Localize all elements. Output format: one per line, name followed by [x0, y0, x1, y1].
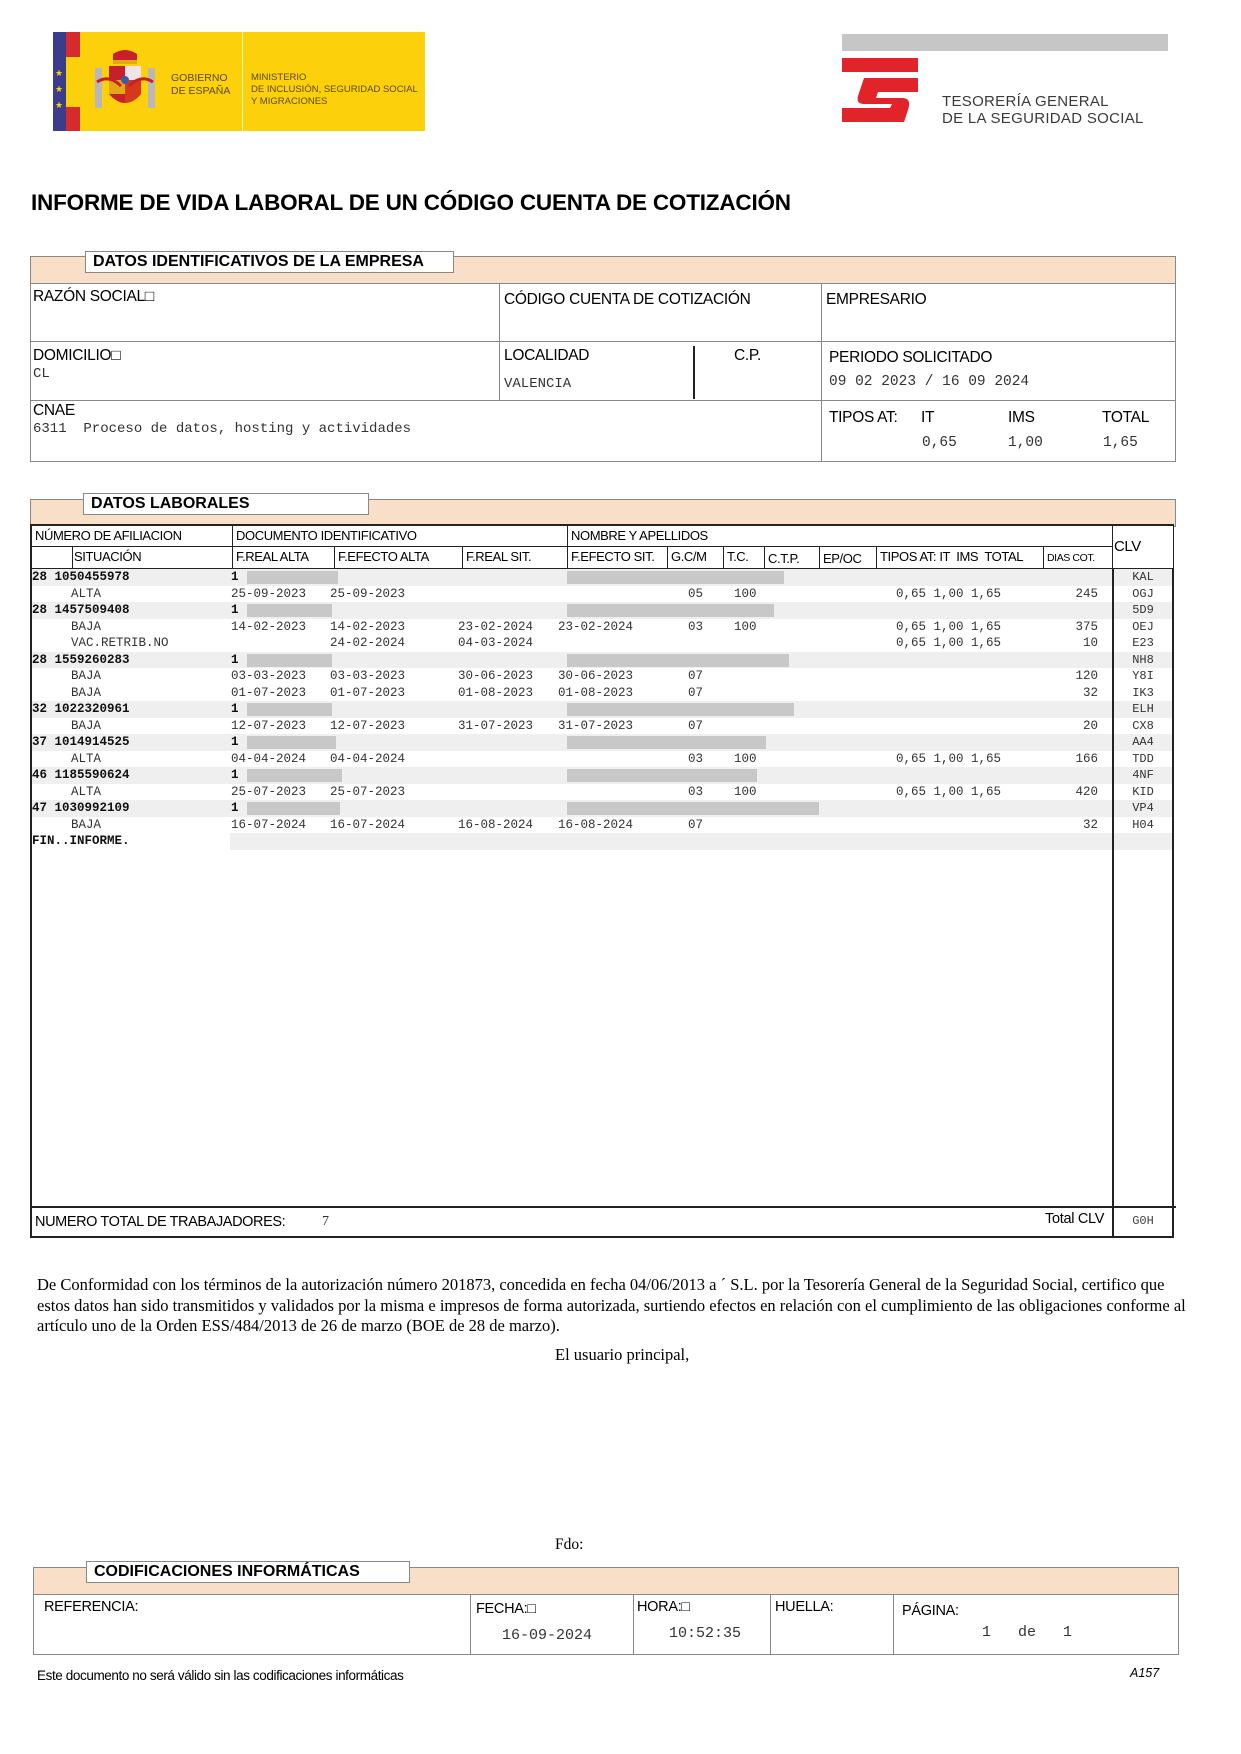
redacted-documento: [247, 654, 332, 667]
header-situacion: SITUACIÓN: [72, 546, 233, 569]
codificaciones-section-title: CODIFICACIONES INFORMÁTICAS: [86, 1561, 410, 1583]
dias-cot: 20: [1083, 718, 1098, 735]
gobierno-logo: ★ ★ ★ GOBIERNO DE ESPAÑA MINISTERIO DE I…: [53, 32, 425, 131]
cnae-value: 6311 Proceso de datos, hosting y activid…: [33, 421, 411, 437]
fecha-cell: FECHA:□ 16-09-2024: [470, 1594, 635, 1655]
tipos-at: 0,65 1,00 1,65: [896, 619, 1001, 636]
redacted-bar: [842, 34, 1168, 51]
header-f-real-alta: F.REAL ALTA: [232, 546, 335, 569]
f-efecto-alta: 03-03-2023: [330, 668, 405, 685]
header-ctp: C.T.P.: [764, 546, 820, 569]
star-icon: ★: [55, 68, 63, 79]
header-nombre: NOMBRE Y APELLIDOS: [567, 525, 1113, 547]
tipos-it-label: IT: [921, 409, 934, 427]
cnae-cell: CNAE 6311 Proceso de datos, hosting y ac…: [30, 400, 823, 462]
page-title: INFORME DE VIDA LABORAL DE UN CÓDIGO CUE…: [31, 190, 791, 216]
domicilio-value: CL: [33, 366, 50, 382]
redacted-documento: [247, 769, 342, 782]
header-dias-cot: DIAS COT.: [1043, 546, 1113, 569]
dias-cot: 32: [1083, 817, 1098, 834]
redacted-nombre: [567, 703, 794, 716]
total-trabajadores-label: NUMERO TOTAL DE TRABAJADORES:: [35, 1214, 285, 1230]
firma-label: Fdo:: [555, 1536, 583, 1554]
certification-text: De Conformidad con los términos de la au…: [37, 1275, 1187, 1337]
situacion: ALTA: [71, 586, 101, 603]
afiliacion-number: 46 1185590624: [32, 767, 130, 784]
clv-code: [1114, 833, 1172, 850]
table-row-afiliado: 47 10309921091: [32, 800, 1112, 817]
afiliacion-number: 28 1050455978: [32, 569, 130, 586]
gcm: 07: [688, 668, 703, 685]
f-efecto-sit: 31-07-2023: [558, 718, 633, 735]
empresario-label: EMPRESARIO: [826, 291, 926, 309]
documento-type: 1: [231, 800, 239, 817]
tipos-it-value: 0,65: [922, 435, 957, 451]
dias-cot: 420: [1075, 784, 1098, 801]
table-row: BAJA03-03-202303-03-202330-06-202330-06-…: [32, 668, 1112, 685]
redacted-nombre: [567, 604, 774, 617]
gcm: 03: [688, 751, 703, 768]
star-icon: ★: [55, 100, 63, 111]
footer-note: Este documento no será válido sin las co…: [37, 1668, 403, 1683]
tipos-at: 0,65 1,00 1,65: [896, 784, 1001, 801]
documento-type: 1: [231, 652, 239, 669]
header-f-efecto-sit: F.EFECTO SIT.: [567, 546, 668, 569]
table-row: BAJA14-02-202314-02-202323-02-202423-02-…: [32, 619, 1112, 636]
tc: 100: [734, 586, 757, 603]
f-real-sit: 16-08-2024: [458, 817, 533, 834]
header-documento: DOCUMENTO IDENTIFICATIVO: [232, 525, 568, 547]
redacted-documento: [247, 703, 332, 716]
fin-informe: FIN..INFORME.: [32, 833, 130, 850]
periodo-value: 09 02 2023 / 16 09 2024: [829, 374, 1029, 390]
situacion: BAJA: [71, 718, 101, 735]
tgss-logo-icon: [842, 58, 918, 122]
table-row: BAJA01-07-202301-07-202301-08-202301-08-…: [32, 685, 1112, 702]
f-real-alta: 25-07-2023: [231, 784, 306, 801]
star-icon: ★: [55, 84, 63, 95]
clv-code: CX8: [1114, 718, 1172, 735]
table-row: ALTA25-09-202325-09-2023051000,65 1,00 1…: [32, 586, 1112, 603]
f-efecto-alta: 25-09-2023: [330, 586, 405, 603]
header-tc: T.C.: [723, 546, 765, 569]
f-efecto-sit: 01-08-2023: [558, 685, 633, 702]
tipos-at: 0,65 1,00 1,65: [896, 635, 1001, 652]
table-row-afiliado: 28 14575094081: [32, 602, 1112, 619]
f-real-alta: 01-07-2023: [231, 685, 306, 702]
tipos-total-value: 1,65: [1103, 435, 1138, 451]
tc: 100: [734, 751, 757, 768]
f-real-sit: 04-03-2024: [458, 635, 533, 652]
documento-type: 1: [231, 569, 239, 586]
usuario-principal: El usuario principal,: [555, 1345, 689, 1365]
gcm: 07: [688, 718, 703, 735]
redacted-documento: [247, 571, 338, 584]
f-real-alta: 03-03-2023: [231, 668, 306, 685]
gcm: 07: [688, 685, 703, 702]
dias-cot: 166: [1075, 751, 1098, 768]
f-efecto-alta: 04-04-2024: [330, 751, 405, 768]
afiliacion-number: 47 1030992109: [32, 800, 130, 817]
clv-code: ELH: [1114, 701, 1172, 718]
cp-label: C.P.: [734, 347, 761, 365]
localidad-cell: LOCALIDAD VALENCIA C.P.: [499, 341, 823, 402]
tipos-at: 0,65 1,00 1,65: [896, 586, 1001, 603]
referencia-cell: REFERENCIA:: [33, 1594, 472, 1655]
gcm: 07: [688, 817, 703, 834]
clv-code: TDD: [1114, 751, 1172, 768]
table-row-afiliado: 37 10149145251: [32, 734, 1112, 751]
dias-cot: 10: [1083, 635, 1098, 652]
f-efecto-sit: 30-06-2023: [558, 668, 633, 685]
clv-code: Y8I: [1114, 668, 1172, 685]
table-row-afiliado: 28 15592602831: [32, 652, 1112, 669]
f-efecto-sit: 23-02-2024: [558, 619, 633, 636]
table-row: ALTA25-07-202325-07-2023031000,65 1,00 1…: [32, 784, 1112, 801]
table-row-afiliado: 28 10504559781: [32, 569, 1112, 586]
fecha-label: FECHA:□: [476, 1601, 536, 1617]
situacion: VAC.RETRIB.NO: [71, 635, 169, 652]
referencia-label: REFERENCIA:: [44, 1599, 138, 1615]
documento-type: 1: [231, 701, 239, 718]
documento-type: 1: [231, 602, 239, 619]
form-code: A157: [1130, 1666, 1159, 1680]
afiliacion-number: 32 1022320961: [32, 701, 130, 718]
clv-code: KAL: [1114, 569, 1172, 586]
f-real-alta: 14-02-2023: [231, 619, 306, 636]
header-clv: CLV: [1112, 525, 1174, 569]
dias-cot: 375: [1075, 619, 1098, 636]
f-efecto-alta: 25-07-2023: [330, 784, 405, 801]
afiliacion-number: 28 1559260283: [32, 652, 130, 669]
situacion: BAJA: [71, 817, 101, 834]
ccc-cell: CÓDIGO CUENTA DE COTIZACIÓN: [499, 283, 823, 343]
documento-type: 1: [231, 734, 239, 751]
clv-code: OGJ: [1114, 586, 1172, 603]
f-efecto-sit: 16-08-2024: [558, 817, 633, 834]
f-real-alta: 04-04-2024: [231, 751, 306, 768]
gcm: 03: [688, 619, 703, 636]
table-row-afiliado: 46 11855906241: [32, 767, 1112, 784]
afiliacion-number: 37 1014914525: [32, 734, 130, 751]
table-row: VAC.RETRIB.NO24-02-202404-03-20240,65 1,…: [32, 635, 1112, 652]
situacion: BAJA: [71, 685, 101, 702]
laborales-table: NÚMERO DE AFILIACION DOCUMENTO IDENTIFIC…: [30, 524, 1174, 1238]
localidad-value: VALENCIA: [504, 376, 571, 392]
situacion: BAJA: [71, 619, 101, 636]
documento-type: 1: [231, 767, 239, 784]
empresario-cell: EMPRESARIO: [821, 283, 1176, 343]
tipos-ims-label: IMS: [1008, 409, 1035, 427]
redacted-nombre: [567, 571, 784, 584]
pagina-value: 1 de 1: [982, 1624, 1072, 1641]
redacted-nombre: [567, 769, 757, 782]
header-f-efecto-alta: F.EFECTO ALTA: [334, 546, 463, 569]
clv-code: 4NF: [1114, 767, 1172, 784]
situacion: ALTA: [71, 784, 101, 801]
periodo-cell: PERIODO SOLICITADO 09 02 2023 / 16 09 20…: [821, 341, 1176, 402]
hora-cell: HORA:□ 10:52:35: [633, 1594, 772, 1655]
eu-flag-band: [53, 32, 66, 131]
clv-code: OEJ: [1114, 619, 1172, 636]
f-efecto-alta: 16-07-2024: [330, 817, 405, 834]
tc: 100: [734, 784, 757, 801]
empresa-section-title: DATOS IDENTIFICATIVOS DE LA EMPRESA: [85, 251, 454, 273]
tipos-ims-value: 1,00: [1008, 435, 1043, 451]
domicilio-cell: DOMICILIO□ CL: [30, 341, 501, 402]
redacted-documento: [247, 736, 336, 749]
f-real-alta: 16-07-2024: [231, 817, 306, 834]
f-efecto-alta: 14-02-2023: [330, 619, 405, 636]
ccc-label: CÓDIGO CUENTA DE COTIZACIÓN: [504, 291, 751, 309]
pagina-label: PÁGINA:: [902, 1603, 959, 1619]
total-clv-label: Total CLV: [1045, 1211, 1104, 1227]
clv-code: VP4: [1114, 800, 1172, 817]
clv-code: AA4: [1114, 734, 1172, 751]
huella-cell: HUELLA:: [770, 1594, 895, 1655]
total-clv-value: G0H: [1114, 1214, 1172, 1228]
redacted-nombre: [567, 736, 766, 749]
clv-code: 5D9: [1114, 602, 1172, 619]
tipos-at-label: TIPOS AT:: [829, 409, 898, 427]
clv-code: H04: [1114, 817, 1172, 834]
razon-social-label: RAZÓN SOCIAL□: [33, 288, 154, 306]
dias-cot: 32: [1083, 685, 1098, 702]
dias-cot: 245: [1075, 586, 1098, 603]
table-row-afiliado: 32 10223209611: [32, 701, 1112, 718]
redacted-nombre: [567, 802, 819, 815]
tc: 100: [734, 619, 757, 636]
cnae-label: CNAE: [33, 402, 75, 420]
afiliacion-number: 28 1457509408: [32, 602, 130, 619]
f-real-sit: 30-06-2023: [458, 668, 533, 685]
localidad-label: LOCALIDAD: [504, 347, 589, 365]
clv-code: IK3: [1114, 685, 1172, 702]
table-row: ALTA04-04-202404-04-2024031000,65 1,00 1…: [32, 751, 1112, 768]
header-afiliacion: NÚMERO DE AFILIACION: [31, 525, 233, 547]
gcm: 05: [688, 586, 703, 603]
f-efecto-alta: 12-07-2023: [330, 718, 405, 735]
ministry-text: MINISTERIO: [251, 72, 418, 84]
pagina-cell: PÁGINA: 1 de 1: [893, 1594, 1179, 1655]
f-real-sit: 31-07-2023: [458, 718, 533, 735]
header-epoc: EP/OC: [819, 546, 877, 569]
tipos-at-cell: TIPOS AT: IT IMS TOTAL 0,65 1,00 1,65: [821, 400, 1176, 462]
f-efecto-alta: 24-02-2024: [330, 635, 405, 652]
gobierno-text: GOBIERNO: [171, 72, 230, 85]
redacted-nombre: [567, 654, 789, 667]
periodo-label: PERIODO SOLICITADO: [829, 349, 992, 367]
table-row-fin: FIN..INFORME.: [32, 833, 1112, 850]
header-tipos-at: TIPOS AT: IT IMS TOTAL: [876, 546, 1044, 569]
header-f-real-sit: F.REAL SIT.: [462, 546, 568, 569]
table-row: BAJA12-07-202312-07-202331-07-202331-07-…: [32, 718, 1112, 735]
f-real-alta: 25-09-2023: [231, 586, 306, 603]
domicilio-label: DOMICILIO□: [33, 347, 120, 365]
hora-value: 10:52:35: [669, 1625, 741, 1642]
situacion: ALTA: [71, 751, 101, 768]
redacted-documento: [247, 604, 332, 617]
hora-label: HORA:□: [637, 1599, 690, 1615]
table-row: BAJA16-07-202416-07-202416-08-202416-08-…: [32, 817, 1112, 834]
huella-label: HUELLA:: [775, 1599, 833, 1615]
header-gcm: G.C/M: [667, 546, 724, 569]
f-real-alta: 12-07-2023: [231, 718, 306, 735]
total-trabajadores-value: 7: [322, 1214, 329, 1230]
clv-code: E23: [1114, 635, 1172, 652]
tgss-logo-text: TESORERÍA GENERAL DE LA SEGURIDAD SOCIAL: [942, 93, 1144, 127]
laborales-section-title: DATOS LABORALES: [83, 493, 369, 515]
dias-cot: 120: [1075, 668, 1098, 685]
tipos-total-label: TOTAL: [1102, 409, 1149, 427]
f-real-sit: 23-02-2024: [458, 619, 533, 636]
fecha-value: 16-09-2024: [502, 1627, 592, 1644]
razon-social-cell: RAZÓN SOCIAL□: [30, 283, 501, 343]
coat-of-arms-icon: [93, 46, 157, 116]
clv-code: KID: [1114, 784, 1172, 801]
situacion: BAJA: [71, 668, 101, 685]
gcm: 03: [688, 784, 703, 801]
f-real-sit: 01-08-2023: [458, 685, 533, 702]
clv-code: NH8: [1114, 652, 1172, 669]
f-efecto-alta: 01-07-2023: [330, 685, 405, 702]
redacted-documento: [247, 802, 340, 815]
tipos-at: 0,65 1,00 1,65: [896, 751, 1001, 768]
